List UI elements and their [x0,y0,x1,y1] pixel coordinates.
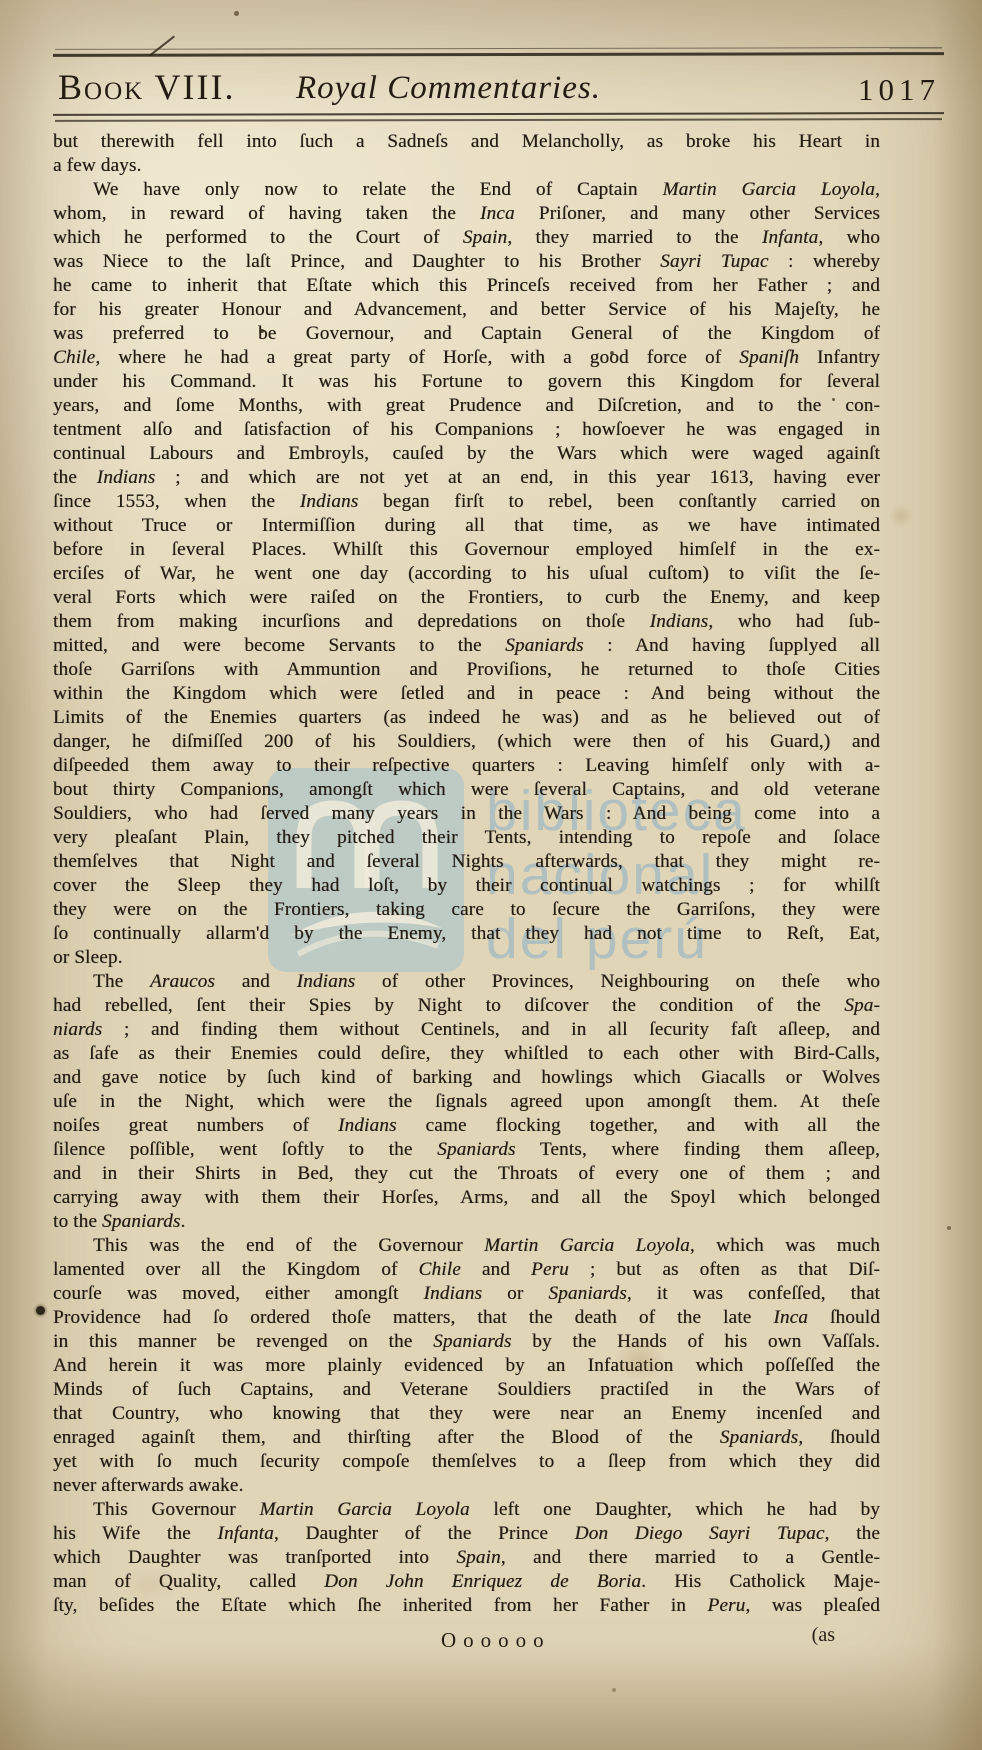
roman-text: This was the end of the Governour [93,1235,484,1256]
roman-text: which Daughter was tranſported into [53,1547,456,1568]
roman-text: , it was confeſſed, that [627,1283,880,1304]
text-line: never afterwards awake. [53,1474,880,1498]
roman-text: . [180,1211,185,1232]
text-line: which he performed to the Court of Spain… [53,226,880,250]
roman-text: , who [818,227,880,248]
text-line: veral Forts which were raiſed on the Fro… [53,586,880,610]
text-line: which Daughter was tranſported into Spai… [53,1546,880,1570]
roman-text: We have only now to relate the End of Ca… [93,179,662,200]
italic-text: Spaniards [102,1211,180,1232]
italic-text: Indians [300,491,359,512]
text-line: that Country, who knowing that they were… [53,1402,880,1426]
roman-text: , where he had a great party of Horſe, w… [95,347,739,368]
roman-text: noiſes great numbers of [53,1115,338,1136]
ink-speck [832,398,835,401]
text-line: or Sleep. [53,946,880,970]
italic-text: Don Diego Sayri Tupac [575,1523,825,1544]
roman-text: , Daughter of the Prince [274,1523,575,1544]
book-page: Book VIII. Royal Commentaries. 1017 bibl… [0,0,982,1750]
italic-text: Don John Enriquez de Boria [324,1571,641,1592]
text-line: they were on the Frontiers, taking care … [53,898,880,922]
text-line: thoſe Garriſons with Ammuntion and Provi… [53,658,880,682]
text-line: diſpeeded them away to their reſpective … [53,754,880,778]
roman-text: ſo continually allarm'd by the Enemy, th… [53,923,880,944]
roman-text: Tents, where finding them aſleep, [516,1139,880,1160]
roman-text: ſhould [808,1307,880,1328]
text-line: yet with ſo much ſecurity compoſe themſe… [53,1450,880,1474]
text-line: his Wife the Infanta, Daughter of the Pr… [53,1522,880,1546]
italic-text: niards [53,1019,102,1040]
text-line: erciſes of War, he went one day (accordi… [53,562,880,586]
text-line: Chile, where he had a great party of Hor… [53,346,880,370]
roman-text: whom, in reward of having taken the [53,203,480,224]
roman-text: to the [53,1211,102,1232]
roman-text: but therewith fell into ſuch a Sadneſs a… [53,131,880,152]
italic-text: Martin Garcia Loyola [259,1499,469,1520]
roman-text: cover the Sleep they had loſt, by their … [53,875,880,896]
ink-speck [947,1226,951,1230]
text-line: The Araucos and Indians of other Provinc… [53,970,880,994]
roman-text: , ſhould [798,1427,880,1448]
text-line: for his greater Honour and Advancement, … [53,298,880,322]
roman-text: , and there married to a Gentle- [501,1547,880,1568]
header-rule-top [53,52,944,56]
roman-text: years, and ſome Months, with great Prude… [53,395,880,416]
roman-text: Infantry [799,347,880,368]
italic-text: Martin Garcia Loyola [662,179,875,200]
italic-text: Spaniards [437,1139,515,1160]
text-line: without Truce or Intermiſſion during all… [53,514,880,538]
ink-speck [610,351,614,355]
italic-text: Martin Garcia Loyola [484,1235,690,1256]
roman-text: within the Kingdom which were ſetled and… [53,683,880,704]
page-title: Royal Commentaries. [296,72,601,105]
roman-text: courſe was moved, either amongſt [53,1283,423,1304]
roman-text: he came to inherit that Eſtate which thi… [53,275,880,296]
text-line: And herein it was more plainly evidenced… [53,1354,880,1378]
roman-text: by the Hands of his own Vaſſals. [512,1331,880,1352]
italic-text: Spa- [844,995,880,1016]
text-line: years, and ſome Months, with great Prude… [53,394,880,418]
roman-text: yet with ſo much ſecurity compoſe themſe… [53,1451,880,1472]
text-line: themſelves that Night and ſeveral Nights… [53,850,880,874]
roman-text: was preferred to be Governour, and Capta… [53,323,880,344]
text-line: and gave notice by ſuch kind of barking … [53,1066,880,1090]
roman-text: Souldiers, who had ſerved many years in … [53,803,880,824]
text-line: had rebelled, ſent their Spies by Night … [53,994,880,1018]
italic-text: Indians [297,971,356,992]
roman-text: without Truce or Intermiſſion during all… [53,515,880,536]
paper-stain [888,505,914,527]
paper-stain [120,1565,180,1605]
roman-text: themſelves that Night and ſeveral Nights… [53,851,880,872]
text-line: bout thirty Companions, amongſt which we… [53,778,880,802]
roman-text: ; but as often as that Diſ- [569,1259,880,1280]
roman-text: under his Command. It was his Fortune to… [53,371,880,392]
roman-text: enraged againſt them, and thirſting afte… [53,1427,720,1448]
roman-text: danger, he diſmiſſed 200 of his Souldier… [53,731,880,752]
roman-text: them from making incurſions and depredat… [53,611,650,632]
roman-text: or [482,1283,548,1304]
text-line: carrying away with them their Horſes, Ar… [53,1186,880,1210]
italic-text: Spaniſh [739,347,799,368]
text-line: in this manner be revenged on the Spania… [53,1330,880,1354]
text-line: Limits of the Enemies quarters (as indee… [53,706,880,730]
roman-text: uſe in the Night, which were the ſignals… [53,1091,880,1112]
roman-text: Providence had ſo ordered thoſe matters,… [53,1307,773,1328]
roman-text: Priſoner, and many other Services [515,203,880,224]
roman-text: and in their Shirts in Bed, they cut the… [53,1163,880,1184]
roman-text: had rebelled, ſent their Spies by Night … [53,995,844,1016]
roman-text: Limits of the Enemies quarters (as indee… [53,707,880,728]
header-rule-bottom-thin [55,118,942,121]
italic-text: Spain [463,227,507,248]
italic-text: Peru [707,1595,745,1616]
text-line: enraged againſt them, and thirſting afte… [53,1426,880,1450]
text-line: as ſafe as their Enemies could deſire, t… [53,1042,880,1066]
roman-text: Minds of ſuch Captains, and Veterane Sou… [53,1379,880,1400]
italic-text: Infanta [762,227,818,248]
roman-text: bout thirty Companions, amongſt which we… [53,779,880,800]
italic-text: Sayri Tupac [660,251,768,272]
roman-text: ; and finding them without Centinels, an… [102,1019,880,1040]
roman-text: before in ſeveral Places. Whilſt this Go… [53,539,880,560]
roman-text: . His Catholick Maje- [641,1571,880,1592]
text-line: the Indians ; and which are not yet at a… [53,466,880,490]
catchword: (as [812,1624,835,1647]
roman-text: never afterwards awake. [53,1475,243,1496]
roman-text: very pleaſant Plain, they pitched their … [53,827,880,848]
roman-text: came flocking together, and with all the [397,1115,880,1136]
roman-text: tentment alſo and ſatisfaction of his Co… [53,419,880,440]
roman-text: the [53,467,97,488]
text-line: within the Kingdom which were ſetled and… [53,682,880,706]
roman-text: was Niece to the laſt Prince, and Daught… [53,251,660,272]
text-line: We have only now to relate the End of Ca… [53,178,880,202]
italic-text: Indians [97,467,156,488]
text-line: lamented over all the Kingdom of Chile a… [53,1258,880,1282]
text-line: niards ; and finding them without Centin… [53,1018,880,1042]
italic-text: Spaniards [433,1331,511,1352]
roman-text: , they married to the [507,227,762,248]
text-line: uſe in the Night, which were the ſignals… [53,1090,880,1114]
roman-text: And herein it was more plainly evidenced… [53,1355,880,1376]
italic-text: Spain [456,1547,500,1568]
roman-text: carrying away with them their Horſes, Ar… [53,1187,880,1208]
roman-text: erciſes of War, he went one day (accordi… [53,563,880,584]
roman-text: ; and which are not yet at an end, in th… [155,467,880,488]
roman-text: in this manner be revenged on the [53,1331,433,1352]
roman-text: left one Daughter, which he had by [470,1499,880,1520]
page-footer: Oooooo (as [53,1628,880,1656]
ink-speck [612,1688,616,1692]
italic-text: Indians [650,611,709,632]
header-rule-top-thin [55,47,942,50]
roman-text: diſpeeded them away to their reſpective … [53,755,880,776]
text-line: a few days. [53,154,880,178]
text-line: ſty, beſides the Eſtate which ſhe inheri… [53,1594,880,1618]
book-label: Book VIII. [58,69,236,105]
roman-text: This Governour [93,1499,259,1520]
text-line: tentment alſo and ſatisfaction of his Co… [53,418,880,442]
text-line: This was the end of the Governour Martin… [53,1234,880,1258]
ink-speck [260,329,264,333]
text-line: This Governour Martin Garcia Loyola left… [53,1498,880,1522]
text-line: to the Spaniards. [53,1210,880,1234]
roman-text: ſince 1553, when the [53,491,300,512]
italic-text: Inca [773,1307,808,1328]
roman-text: , the [825,1523,880,1544]
text-line: before in ſeveral Places. Whilſt this Go… [53,538,880,562]
text-line: cover the Sleep they had loſt, by their … [53,874,880,898]
text-line: courſe was moved, either amongſt Indians… [53,1282,880,1306]
roman-text: ſilence poſſible, went ſoftly to the [53,1139,437,1160]
text-line: them from making incurſions and depredat… [53,610,880,634]
roman-text: began firſt to rebel, been conſtantly ca… [358,491,880,512]
italic-text: Spaniards [505,635,583,656]
roman-text: veral Forts which were raiſed on the Fro… [53,587,880,608]
roman-text: for his greater Honour and Advancement, … [53,299,880,320]
body-text: but therewith fell into ſuch a Sadneſs a… [53,130,880,1618]
ink-speck [234,11,239,16]
text-line: noiſes great numbers of Indians came flo… [53,1114,880,1138]
roman-text: , who had ſub- [708,611,880,632]
italic-text: Indians [423,1283,482,1304]
text-line: Minds of ſuch Captains, and Veterane Sou… [53,1378,880,1402]
text-line: but therewith fell into ſuch a Sadneſs a… [53,130,880,154]
italic-text: Spaniards [548,1283,626,1304]
roman-text: and [215,971,297,992]
text-line: whom, in reward of having taken the Inca… [53,202,880,226]
text-line: ſince 1553, when the Indians began firſt… [53,490,880,514]
roman-text: of other Provinces, Neighbouring on theſ… [355,971,880,992]
text-line: and in their Shirts in Bed, they cut the… [53,1162,880,1186]
page-number: 1017 [858,74,940,105]
roman-text: and gave notice by ſuch kind of barking … [53,1067,880,1088]
italic-text: Peru [531,1259,569,1280]
roman-text: and [461,1259,531,1280]
text-line: ſilence poſſible, went ſoftly to the Spa… [53,1138,880,1162]
roman-text: : whereby [769,251,880,272]
italic-text: Chile [419,1259,461,1280]
italic-text: Indians [338,1115,397,1136]
text-line: was preferred to be Governour, and Capta… [53,322,880,346]
italic-text: Inca [480,203,515,224]
roman-text: thoſe Garriſons with Ammuntion and Provi… [53,659,880,680]
roman-text: or Sleep. [53,947,123,968]
text-line: under his Command. It was his Fortune to… [53,370,880,394]
roman-text: The [93,971,150,992]
italic-text: Spaniards [720,1427,798,1448]
roman-text: , which was much [690,1235,880,1256]
text-line: continual Labours and Embroyls, cauſed b… [53,442,880,466]
ink-blot [36,1306,45,1315]
text-line: ſo continually allarm'd by the Enemy, th… [53,922,880,946]
text-line: was Niece to the laſt Prince, and Daught… [53,250,880,274]
roman-text: : And having ſupplyed all [584,635,880,656]
paper-stain [614,1338,666,1382]
roman-text: lamented over all the Kingdom of [53,1259,419,1280]
italic-text: Infanta [217,1523,273,1544]
roman-text: continual Labours and Embroyls, cauſed b… [53,443,880,464]
text-line: Souldiers, who had ſerved many years in … [53,802,880,826]
roman-text: , [875,179,880,200]
roman-text: his Wife the [53,1523,217,1544]
roman-text: which he performed to the Court of [53,227,463,248]
roman-text: , was pleaſed [745,1595,880,1616]
roman-text: that Country, who knowing that they were… [53,1403,880,1424]
text-line: mitted, and were become Servants to the … [53,634,880,658]
roman-text: as ſafe as their Enemies could deſire, t… [53,1043,880,1064]
roman-text: mitted, and were become Servants to the [53,635,505,656]
roman-text: they were on the Frontiers, taking care … [53,899,880,920]
signature-mark: Oooooo [441,1628,551,1653]
roman-text: a few days. [53,155,142,176]
text-line: very pleaſant Plain, they pitched their … [53,826,880,850]
roman-text: man of Quality, called [53,1571,324,1592]
text-line: he came to inherit that Eſtate which thi… [53,274,880,298]
text-line: Providence had ſo ordered thoſe matters,… [53,1306,880,1330]
header-rule-bottom [53,112,944,116]
italic-text: Araucos [150,971,215,992]
text-line: danger, he diſmiſſed 200 of his Souldier… [53,730,880,754]
italic-text: Chile [53,347,95,368]
